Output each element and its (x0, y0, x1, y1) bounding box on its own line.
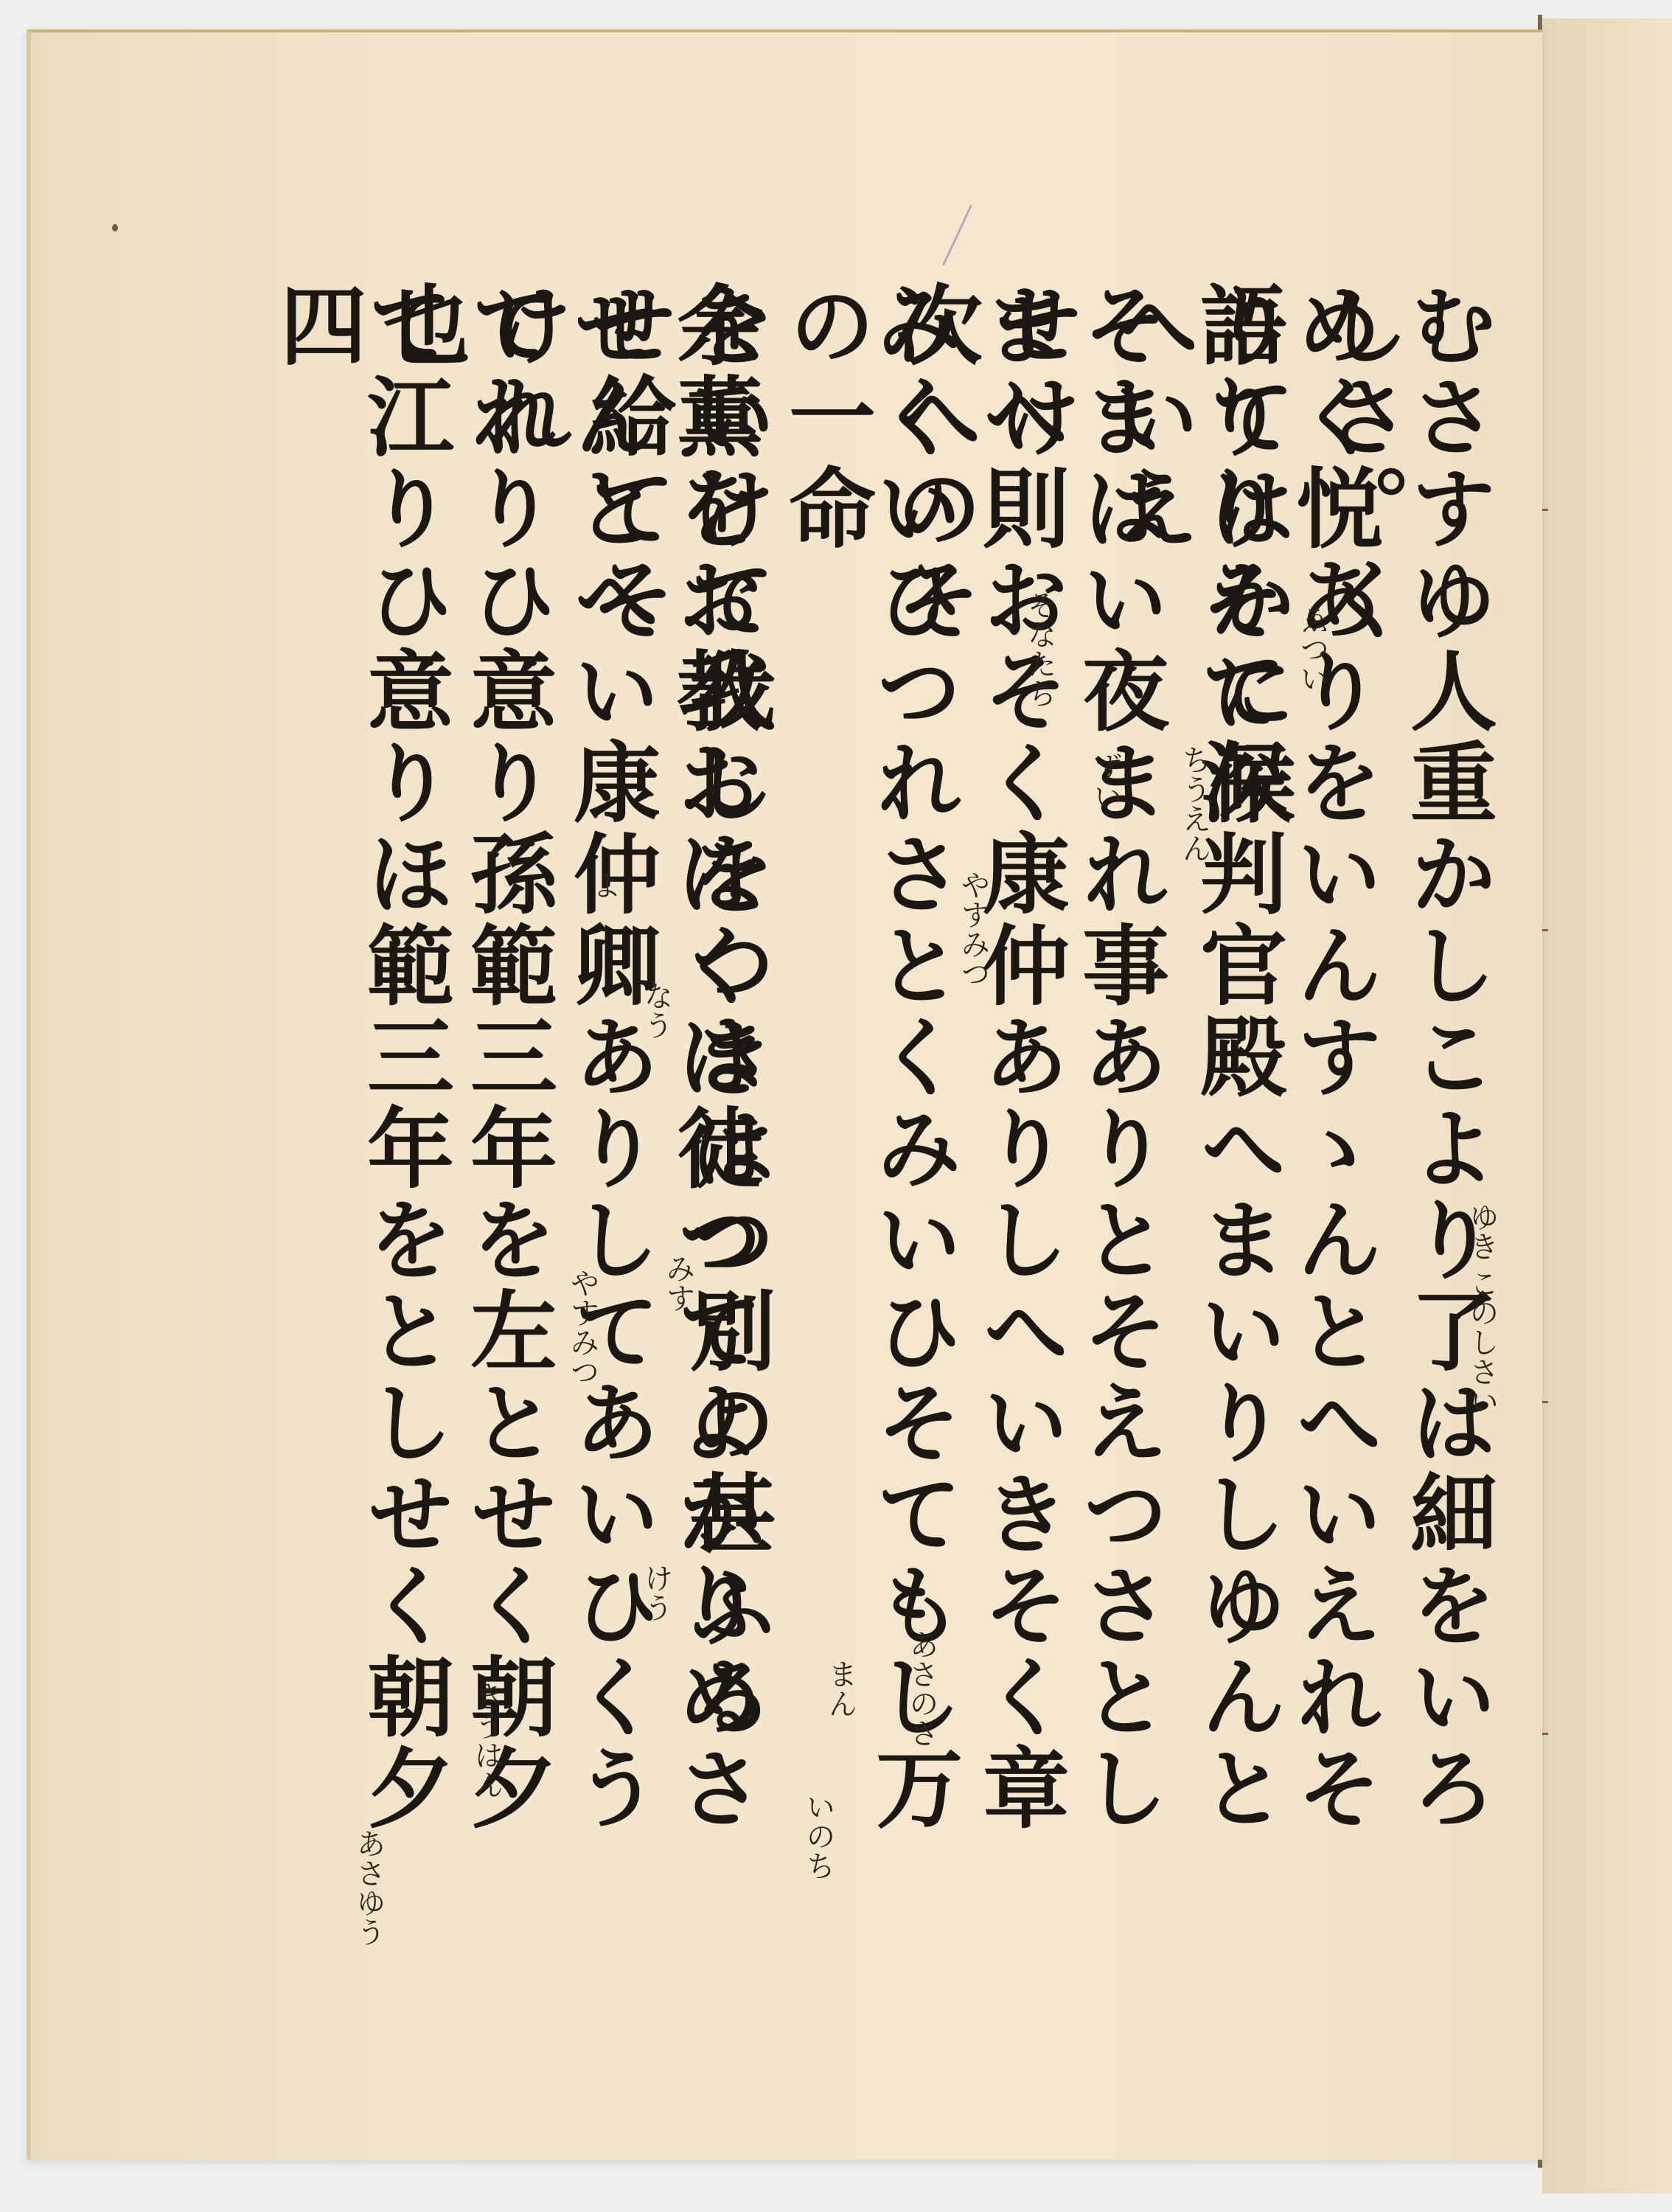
furigana-gloss: ゑつい (1297, 605, 1327, 693)
furigana-gloss: やすみつ (568, 1268, 597, 1386)
text-column-11: て江りひ意りほ範三年をとしせく朝夕四 (273, 280, 447, 1902)
text-columns: むさすゆ人重かしこより了は細をいろしさ。くめく悦ありをいんすゝんとへいえれそりて… (0, 0, 1672, 2212)
furigana-gloss: あさのさ (907, 1630, 936, 1747)
furigana-gloss: いのち (804, 1792, 833, 1880)
furigana-gloss: なう (641, 981, 671, 1040)
furigana-gloss: このしさい (1467, 1268, 1497, 1416)
furigana-gloss: きうはん (472, 1681, 501, 1799)
furigana-gloss: よ (590, 870, 619, 900)
furigana-gloss: ちうえん (1180, 745, 1209, 863)
furigana-gloss: ずい (1091, 752, 1121, 811)
furigana-gloss: やすみつ (958, 870, 988, 988)
furigana-gloss: あさゆう (354, 1829, 383, 1947)
furigana-gloss: ゆき (1467, 1202, 1497, 1261)
furigana-gloss: まん (826, 1659, 855, 1718)
furigana-gloss: みす (663, 1253, 693, 1312)
furigana-gloss: けう (641, 1563, 671, 1622)
furigana-gloss: そなたち (1025, 590, 1054, 708)
